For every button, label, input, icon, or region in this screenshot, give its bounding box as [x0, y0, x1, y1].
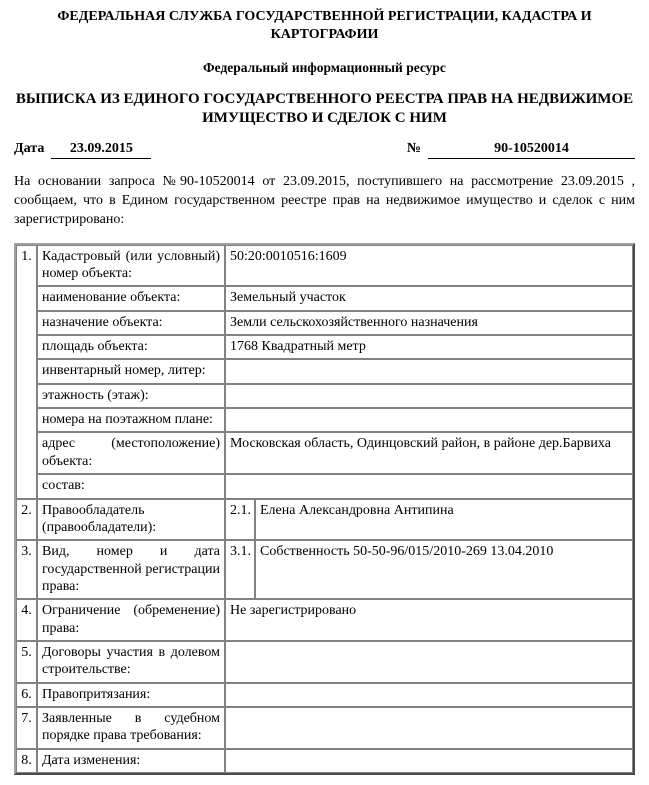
table-row: инвентарный номер, литер: [16, 359, 633, 383]
table-row: 4. Ограничение (обременение) права: Не з… [16, 599, 633, 641]
table-row: этажность (этаж): [16, 384, 633, 408]
resource-subtitle: Федеральный информационный ресурс [14, 60, 635, 76]
table-row: 7. Заявленные в судебном порядке права т… [16, 707, 633, 749]
number-label: № [407, 141, 421, 157]
number-group: № 90-10520014 [407, 141, 635, 159]
document-page: ФЕДЕРАЛЬНАЯ СЛУЖБА ГОСУДАРСТВЕННОЙ РЕГИС… [0, 0, 649, 785]
field-value [225, 474, 633, 498]
document-title: ВЫПИСКА ИЗ ЕДИНОГО ГОСУДАРСТВЕННОГО РЕЕС… [14, 90, 635, 128]
intro-paragraph: На основании запроса №90-10520014 от 23.… [14, 173, 635, 230]
table-row: площадь объекта: 1768 Квадратный метр [16, 335, 633, 359]
field-label: Договоры участия в долевом строительстве… [37, 641, 225, 683]
field-value [225, 359, 633, 383]
row-number: 8. [16, 749, 37, 773]
field-value [225, 408, 633, 432]
field-label: площадь объекта: [37, 335, 225, 359]
sub-number: 3.1. [225, 540, 255, 599]
field-label: Ограничение (обременение) права: [37, 599, 225, 641]
table-row: 2. Правообладатель (правообладатели): 2.… [16, 499, 633, 541]
field-label: Заявленные в судебном порядке права треб… [37, 707, 225, 749]
registry-table: 1. Кадастровый (или условный) номер объе… [14, 243, 635, 776]
agency-title: ФЕДЕРАЛЬНАЯ СЛУЖБА ГОСУДАРСТВЕННОЙ РЕГИС… [26, 8, 622, 44]
field-value: Не зарегистрировано [225, 599, 633, 641]
number-value: 90-10520014 [428, 141, 635, 159]
table-row: 6. Правопритязания: [16, 683, 633, 707]
row-number: 1. [16, 245, 37, 499]
field-value [225, 384, 633, 408]
field-value: Елена Александровна Антипина [255, 499, 633, 541]
field-label: Правообладатель (правообладатели): [37, 499, 225, 541]
field-label: Дата изменения: [37, 749, 225, 773]
field-value [225, 707, 633, 749]
table-row: наименование объекта: Земельный участок [16, 286, 633, 310]
row-number: 3. [16, 540, 37, 599]
field-label: Кадастровый (или условный) номер объекта… [37, 245, 225, 287]
field-label: состав: [37, 474, 225, 498]
field-value: Земельный участок [225, 286, 633, 310]
date-label: Дата [14, 141, 44, 157]
field-value: 50:20:0010516:1609 [225, 245, 633, 287]
field-label: Правопритязания: [37, 683, 225, 707]
meta-row: Дата 23.09.2015 № 90-10520014 [14, 141, 635, 159]
field-label: назначение объекта: [37, 311, 225, 335]
field-value [225, 641, 633, 683]
row-number: 5. [16, 641, 37, 683]
table-row: адрес (местоположение) объекта: Московск… [16, 432, 633, 474]
row-number: 7. [16, 707, 37, 749]
table-row: состав: [16, 474, 633, 498]
row-number: 2. [16, 499, 37, 541]
field-value: 1768 Квадратный метр [225, 335, 633, 359]
field-label: адрес (местоположение) объекта: [37, 432, 225, 474]
field-value [225, 749, 633, 773]
row-number: 6. [16, 683, 37, 707]
field-label: этажность (этаж): [37, 384, 225, 408]
table-row: назначение объекта: Земли сельскохозяйст… [16, 311, 633, 335]
date-value: 23.09.2015 [51, 141, 151, 159]
table-row: 5. Договоры участия в долевом строительс… [16, 641, 633, 683]
field-value: Земли сельскохозяйственного назначения [225, 311, 633, 335]
field-label: инвентарный номер, литер: [37, 359, 225, 383]
row-number: 4. [16, 599, 37, 641]
sub-number: 2.1. [225, 499, 255, 541]
field-label: наименование объекта: [37, 286, 225, 310]
table-row: 1. Кадастровый (или условный) номер объе… [16, 245, 633, 287]
field-label: номера на поэтажном плане: [37, 408, 225, 432]
table-row: номера на поэтажном плане: [16, 408, 633, 432]
table-row: 8. Дата изменения: [16, 749, 633, 773]
table-row: 3. Вид, номер и дата государственной рег… [16, 540, 633, 599]
field-label: Вид, номер и дата государственной регист… [37, 540, 225, 599]
field-value: Московская область, Одинцовский район, в… [225, 432, 633, 474]
field-value: Собственность 50-50-96/015/2010-269 13.0… [255, 540, 633, 599]
field-value [225, 683, 633, 707]
